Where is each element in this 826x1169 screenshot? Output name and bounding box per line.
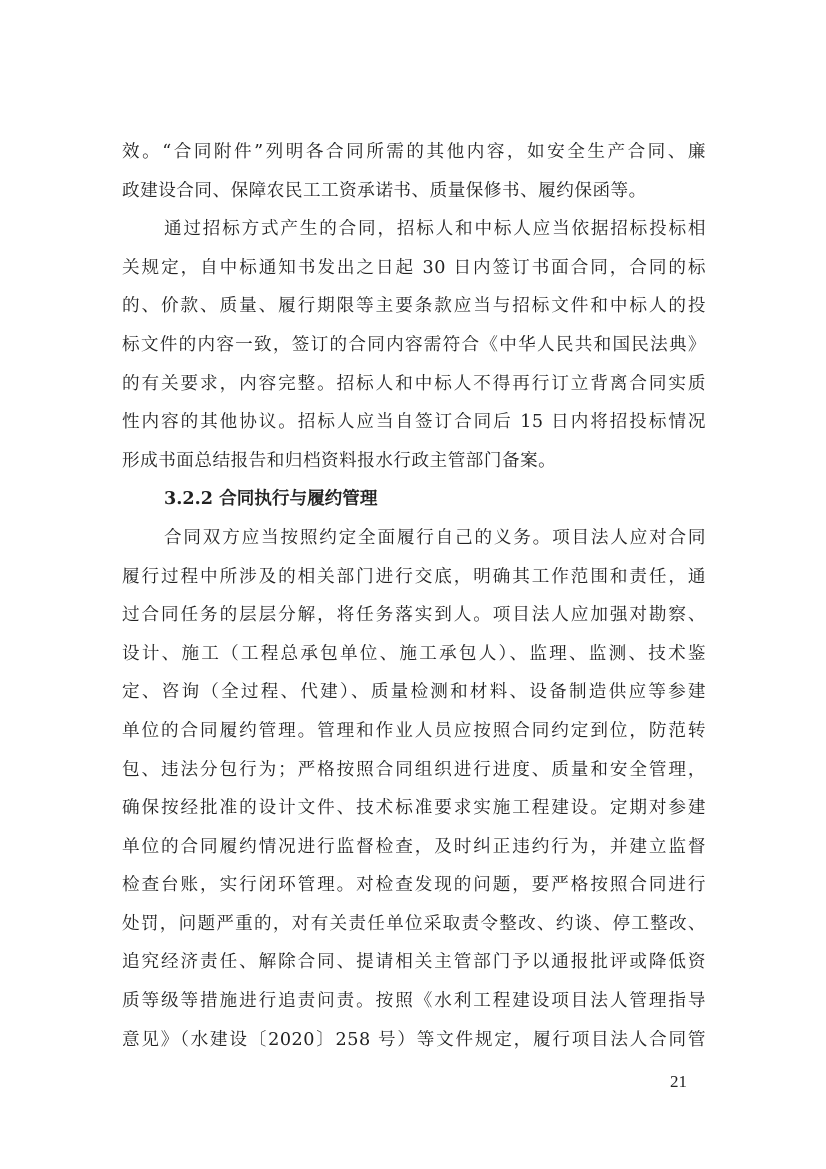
paragraph-3: 合同双方应当按照约定全面履行自己的义务。项目法人应对合同 履行过程中所涉及的相关… <box>122 519 706 1059</box>
text-line: 检查台账，实行闭环管理。对检查发现的问题，要严格按照合同进行 <box>122 866 706 905</box>
paragraph-1: 效。“合同附件”列明各合同所需的其他内容，如安全生产合同、廉 政建设合同、保障农… <box>122 133 706 210</box>
text-line: 单位的合同履约管理。管理和作业人员应按照合同约定到位，防范转 <box>122 712 706 751</box>
text-line: 定、咨询（全过程、代建）、质量检测和材料、设备制造供应等参建 <box>122 673 706 712</box>
text-line: 性内容的其他协议。招标人应当自签订合同后 15 日内将招投标情况 <box>122 403 706 442</box>
text-line: 包、违法分包行为；严格按照合同组织进行进度、质量和安全管理， <box>122 751 706 790</box>
paragraph-2: 通过招标方式产生的合同，招标人和中标人应当依据招标投标相 关规定，自中标通知书发… <box>122 210 706 480</box>
text-line: 合同双方应当按照约定全面履行自己的义务。项目法人应对合同 <box>122 519 706 558</box>
text-line: 履行过程中所涉及的相关部门进行交底，明确其工作范围和责任，通 <box>122 558 706 597</box>
text-line: 确保按经批准的设计文件、技术标准要求实施工程建设。定期对参建 <box>122 789 706 828</box>
body-text: 效。“合同附件”列明各合同所需的其他内容，如安全生产合同、廉 政建设合同、保障农… <box>122 133 706 1059</box>
text-line: 关规定，自中标通知书发出之日起 30 日内签订书面合同，合同的标 <box>122 249 706 288</box>
text-line: 单位的合同履约情况进行监督检查，及时纠正违约行为，并建立监督 <box>122 828 706 867</box>
text-line: 形成书面总结报告和归档资料报水行政主管部门备案。 <box>122 442 706 481</box>
text-line: 意见》（水建设〔2020〕258 号）等文件规定，履行项目法人合同管 <box>122 1021 706 1060</box>
text-line: 过合同任务的层层分解，将任务落实到人。项目法人应加强对勘察、 <box>122 596 706 635</box>
text-line: 追究经济责任、解除合同、提请相关主管部门予以通报批评或降低资 <box>122 943 706 982</box>
document-page: 效。“合同附件”列明各合同所需的其他内容，如安全生产合同、廉 政建设合同、保障农… <box>0 0 826 1169</box>
section-heading: 3.2.2 合同执行与履约管理 <box>122 480 706 519</box>
text-line: 政建设合同、保障农民工工资承诺书、质量保修书、履约保函等。 <box>122 172 706 211</box>
text-line: 标文件的内容一致，签订的合同内容需符合《中华人民共和国民法典》 <box>122 326 706 365</box>
text-line: 通过招标方式产生的合同，招标人和中标人应当依据招标投标相 <box>122 210 706 249</box>
text-line: 的、价款、质量、履行期限等主要条款应当与招标文件和中标人的投 <box>122 287 706 326</box>
text-line: 质等级等措施进行追责问责。按照《水利工程建设项目法人管理指导 <box>122 982 706 1021</box>
text-line: 效。“合同附件”列明各合同所需的其他内容，如安全生产合同、廉 <box>122 133 706 172</box>
text-line: 处罚，问题严重的，对有关责任单位采取责令整改、约谈、停工整改、 <box>122 905 706 944</box>
text-line: 设计、施工（工程总承包单位、施工承包人）、监理、监测、技术鉴 <box>122 635 706 674</box>
page-number: 21 <box>670 1072 687 1092</box>
text-line: 的有关要求，内容完整。招标人和中标人不得再行订立背离合同实质 <box>122 365 706 404</box>
